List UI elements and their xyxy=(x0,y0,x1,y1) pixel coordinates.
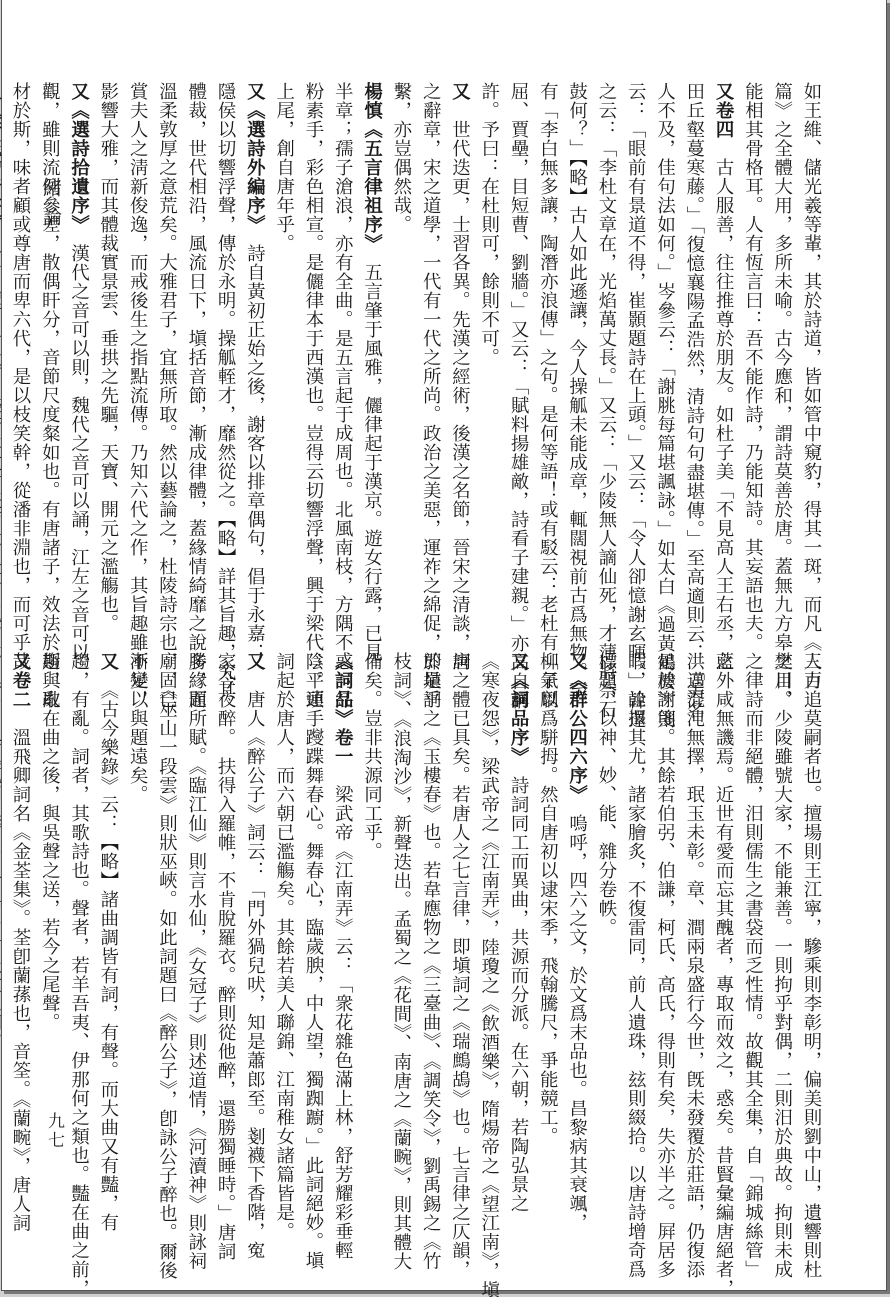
text-column: 詞之體已具矣。若唐人之七言律，即塡詞之《瑞鷓鴣》也。七言律之仄韻， xyxy=(445,652,474,1212)
section-heading: 又卷四 xyxy=(713,82,734,139)
text-column: 詞起於唐人，而六朝已濫觴矣。其餘若美人聯錦、江南稚女諸篇皆是。 xyxy=(269,652,298,1212)
text-column: 之辭章，宋之道學，一代有一代之所尚。政治之美惡，運祚之綿促，於是乎 xyxy=(416,82,445,642)
text-column: 多緣題所賦。《臨江仙》則言水仙，《女冠子》則述道情，《河瀆神》則詠祠 xyxy=(181,652,210,1212)
text-column: 家今夜醉。 扶得入羅帷，不肯脫羅衣。醉則從他醉，還勝獨睡時。」唐詞 xyxy=(211,652,240,1212)
text-column: 溫柔敦厚之意荒矣。大雅君子，宜無所取。然以藝論之，杜陵詩宗也，固已 xyxy=(152,82,181,642)
text-column: 又《詞品序》 詩詞同工而異曲，共源而分派。在六朝，若陶弘景之 xyxy=(504,652,533,1212)
text-column: 漸變，與題遠矣。 xyxy=(123,652,152,1212)
text-column: 能相其骨格耳。人有恆言曰：吾不能作詩，乃能知詩。其妄語也夫。 xyxy=(738,82,767,642)
text-column: 之外咸無譏焉。近世有愛而忘其醜者，專取而效之，惑矣。昔賢彙編唐絕者， xyxy=(709,652,738,1212)
text-column: 趨與亂在曲之後，與吳聲之送，若今之尾聲。 xyxy=(35,652,64,1212)
section-heading: 又《群公四六序》 xyxy=(567,652,588,795)
text-column: 又 唐人《醉公子》詞云：「門外猧兒吠，知是蕭郎至。剗襪下香階，寃 xyxy=(240,652,269,1212)
text-column: 繫，亦豈偶然哉。 xyxy=(387,82,416,642)
text-column: 枝詞》、《浪淘沙》，新聲迭出。孟蜀之《花間》、南唐之《蘭畹》，則其體大 xyxy=(387,652,416,1212)
text-column: 《寒夜怨》，梁武帝之《江南弄》，陸瓊之《飲酒樂》，隋煬帝之《望江南》，塡 xyxy=(474,652,503,1212)
text-column: 屈、賈壘，目短曹、劉牆。」又云：「賦料揚雄敵，詩看子建親。」亦高自稱 xyxy=(504,82,533,642)
text-column: 曲集名，與《花間集》出入，而中有杜牧之詞。 xyxy=(0,652,6,1212)
document-page: 緒論 九七 如王維、儲光羲等輩，其於詩道，皆如管中窺豹，得其一斑，而凡《三百 篇… xyxy=(1,0,887,1291)
section-heading: 又《選詩外編序》 xyxy=(244,82,265,225)
text-column: 樊川。少陵雖號大家，不能兼善。一則拘乎對偶，二則汨於典故。拘則未成 xyxy=(767,652,796,1212)
text-column: 粉素手，彩色相宣。是儷律本于西漢也。豈得云切響浮聲，興于梁代；平頭 xyxy=(299,82,328,642)
text-column: 又《唐絕增奇序》 予嘗品唐人之詩，樂府本效古體而意反近，絕句本 xyxy=(0,82,6,642)
section-heading: 又 xyxy=(98,652,119,671)
section-heading: 又《選詩拾遺序》 xyxy=(69,82,90,225)
text-column: 賞夫人之淸新俊逸，而戒後生之指點流傳。乃知六代之作，其旨趣雖不足以 xyxy=(123,82,152,642)
text-column: 材於斯，味者顧或尊唐而卑六代，是以枝笑幹，從潘非淵也，而可乎哉。 xyxy=(6,82,35,642)
bottom-text-block: 人力追莫嗣者也。擅場則王江寧，驂乘則李彰明，偏美則劉中山，遺響則杜 樊川。少陵雖… xyxy=(0,652,826,1212)
text-column: 又《群公四六序》 嗚呼，四六之文，於文爲末品也。昌黎病其衰颯， xyxy=(562,652,591,1212)
section-heading: 又《唐絕增奇序》 xyxy=(0,82,2,225)
text-column: 又《選詩外編序》 詩自黃初正始之後，謝客以排章偶句，倡于永嘉； xyxy=(240,82,269,642)
section-heading: 又 xyxy=(244,652,265,671)
text-column: 即塡詞之《玉樓春》也。若韋應物之《三臺曲》、《調笑令》，劉禹錫之《竹 xyxy=(416,652,445,1212)
text-column: 人力追莫嗣者也。擅場則王江寧，驂乘則李彰明，偏美則劉中山，遺響則杜 xyxy=(797,652,826,1212)
text-column: 如王維、儲光羲等輩，其於詩道，皆如管中窺豹，得其一斑，而凡《三百 xyxy=(797,82,826,642)
text-column: 趨，有亂。詞者，其歌詩也。聲者，若羊吾夷、伊那何之類也。豔在曲之前， xyxy=(64,652,93,1212)
text-column: 之律詩而非絕體，汨則儒生之書袋而乏性情。故觀其全集，自「錦城絲管」 xyxy=(738,652,767,1212)
text-column: 暇，詮擇其尤，諸家膾炙，不復雷同，前人遺珠，玆則綴拾。以唐詩增奇爲 xyxy=(621,652,650,1212)
text-column: 云：「眼前有景道不得，崔顥題詩在上頭。」又云：「令人卻憶謝玄暉。」韓退 xyxy=(621,82,650,642)
text-column: 鼓何？」【略】古人如此遜讓，今人操觚未能成章，輒闊視前古爲無物。至 xyxy=(562,82,591,642)
section-heading: 又《詞品序》 xyxy=(508,652,529,757)
text-column: 影響大雅，而其體裁實景雲、垂拱之先驅，天寶、開元之濫觴也。 xyxy=(94,82,123,642)
section-heading: 《詞品》卷一 xyxy=(332,652,353,766)
text-column: 體裁，世代相沿，風流日下，塡括音節，漸成律體，蓋緣情綺靡之說勝，而 xyxy=(181,82,210,642)
text-column: 備矣。豈非共源同工乎。 xyxy=(357,652,386,1212)
text-column: 又卷四 古人服善，往往推尊於朋友。如杜子美「不見高人王右丞，藍 xyxy=(709,82,738,642)
text-column: 田丘壑蔓寒藤。」「復憶襄陽孟浩然，清詩句句盡堪傳。」至高適則云：「美名 xyxy=(680,82,709,642)
text-column: 許。予曰：在杜則可，餘則不可。 xyxy=(474,82,503,642)
text-column: 足於謝箋。其餘若伯弜、伯謙，柯氏、高氏，得則有矣，失亦半之。屛居多 xyxy=(650,652,679,1212)
text-column: 《詞品》卷一 梁武帝《江南弄》云：「衆花雜色滿上林，舒芳耀彩垂輕 xyxy=(328,652,357,1212)
text-column: 標題，以神、妙、能、雜分卷帙。 xyxy=(592,652,621,1212)
text-column: 上尾，創自唐年乎。 xyxy=(269,82,298,642)
text-column: 又《選詩拾遺序》 漢代之音可以則，魏代之音可以誦，江左之音可以 xyxy=(64,82,93,642)
text-column: 又 世代迭更，士習各異。先漢之經術，後漢之名節，晉宋之清談，唐 xyxy=(445,82,474,642)
text-column: 廟，《巫山一段雲》則狀巫峽。如此詞題曰《醉公子》，卽詠公子醉也。爾後 xyxy=(152,652,181,1212)
top-text-block: 如王維、儲光羲等輩，其於詩道，皆如管中窺豹，得其一斑，而凡《三百 篇》之全體大用… xyxy=(0,82,826,642)
text-column: 觀，雖則流例參差，散偶盰分，音節尺度粲如也。有唐諸子，效法於斯，取 xyxy=(35,82,64,642)
text-column: 洪邁混沌無擇，珉玉未彰。章、澗兩泉盛行今世，旣未發覆於莊語，仍復添 xyxy=(680,652,709,1212)
text-column: 半章；孺子滄浪，亦有全曲。是五言起于成周也。北風南枝，方隅不惑；紅 xyxy=(328,82,357,642)
section-heading: 楊慎《五言律祖序》 xyxy=(362,82,383,244)
text-column: 柳子以爲駢拇。然自唐初以逮宋季，飛翰騰尺，爭能競工。 xyxy=(533,652,562,1212)
text-column: 之云：「李杜文章在，光焰萬丈長。」又云：「少陵無人謫仙死，才薄將奈石 xyxy=(592,82,621,642)
text-column: 又 《古今樂錄》云：【略】諸曲調皆有詞，有聲。而大曲又有豔，有 xyxy=(94,652,123,1212)
text-column: 篇》之全體大用，多所未喻。古今應和，謂詩莫善於唐。蓋無九方皋之目， xyxy=(767,82,796,642)
text-column: 又卷二 溫飛卿詞名《金荃集》。荃卽蘭蓀也，音筌。《蘭畹》，唐人詞 xyxy=(6,652,35,1212)
section-heading: 又卷二 xyxy=(10,652,31,709)
text-column: 人不及，佳句法如何。」岑參云：「謝脁每篇堪諷詠。」如太白《過黃鶴樓》則 xyxy=(650,82,679,642)
text-column: 隱侯以切響浮聲，傳於永明。操觚輊才，靡然從之。【略】詳其旨趣，究其 xyxy=(211,82,240,642)
section-heading: 又 xyxy=(449,82,470,101)
text-column: 有「李白無多讓，陶潛亦浪傳」之句。是何等語！或有駁云：老杜有「氣劘 xyxy=(533,82,562,642)
text-column: 楊慎《五言律祖序》 五言肇于風雅，儷律起于漢京。遊女行露，已見 xyxy=(357,82,386,642)
text-column: 陰。連手躞蹀舞春心。舞春心，臨歲腴，中人望，獨踟躕。」此詞絕妙。塡 xyxy=(299,652,328,1212)
